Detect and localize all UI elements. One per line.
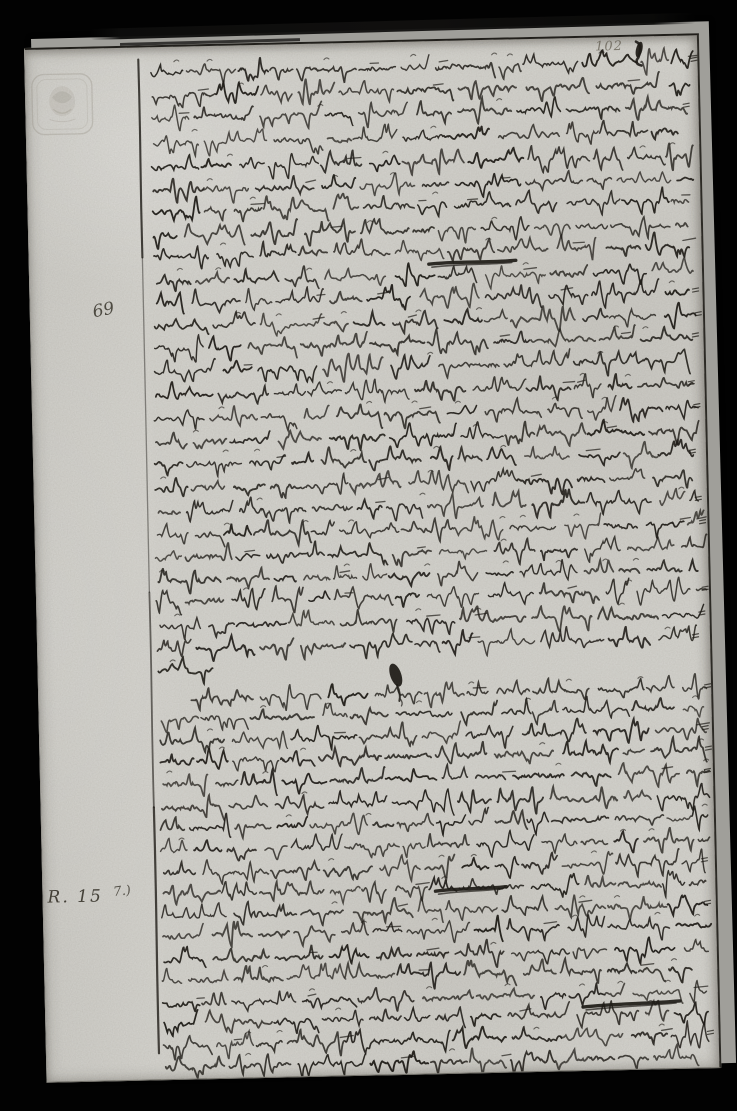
handwriting-stroke [683, 706, 704, 717]
stroke-crossbar [313, 317, 324, 319]
stroke-diacritic [618, 981, 623, 983]
stroke-diacritic [177, 268, 182, 270]
handwriting-stroke [568, 915, 605, 938]
handwriting-stroke [606, 246, 640, 257]
handwriting-stroke [151, 64, 183, 77]
handwriting-stroke [328, 683, 368, 705]
stroke-crossbar [503, 771, 516, 772]
handwriting-stroke [323, 353, 383, 383]
handwriting-stroke [217, 252, 254, 267]
handwriting-stroke [384, 411, 440, 429]
handwriting-stroke [614, 831, 638, 853]
handwriting-stroke [271, 861, 320, 881]
handwriting-stroke [674, 1002, 708, 1025]
stroke-diacritic [327, 382, 332, 384]
crease-stroke [149, 592, 154, 807]
handwriting-stroke [298, 79, 335, 105]
handwriting-stroke [277, 817, 307, 828]
handwriting-stroke [189, 813, 230, 838]
stroke-crossbar [427, 615, 440, 616]
stroke-diacritic [411, 54, 416, 56]
stroke-linebreak-hyphen [707, 1030, 713, 1034]
handwriting-stroke [340, 521, 399, 538]
stroke-crossbar [198, 89, 208, 90]
handwriting-stroke [353, 898, 413, 923]
stroke-diacritic [336, 1008, 341, 1010]
handwriting-stroke [251, 219, 298, 245]
handwriting-stroke [260, 101, 322, 129]
handwriting-stroke [397, 813, 433, 831]
handwriting-stroke [369, 446, 421, 471]
handwriting-stroke [334, 238, 390, 256]
handwriting-stroke [593, 264, 646, 285]
handwriting-stroke [462, 857, 489, 870]
handwriting-stroke [488, 582, 533, 605]
handwriting-stroke [431, 1059, 467, 1074]
stroke-diacritic [523, 263, 528, 265]
handwriting-stroke [319, 747, 382, 767]
stroke-crossbar [680, 517, 690, 519]
handwriting-stroke [439, 549, 486, 560]
handwriting-stroke [163, 924, 204, 940]
handwriting-stroke [301, 643, 346, 659]
handwriting-stroke [654, 1044, 699, 1067]
handwriting-stroke [499, 64, 521, 80]
handwriting-stroke [418, 897, 443, 923]
handwriting-stroke [637, 577, 690, 605]
handwriting-stroke [593, 147, 622, 170]
stroke-crossbar [433, 84, 443, 85]
handwriting-stroke [628, 147, 666, 166]
handwriting-stroke [236, 621, 286, 627]
stroke-diacritic [262, 965, 267, 967]
handwriting-stroke [224, 523, 252, 536]
handwriting-stroke [531, 329, 596, 347]
handwriting-stroke [248, 337, 297, 359]
handwriting-stroke [632, 1032, 668, 1045]
handwriting-stroke [154, 246, 209, 270]
handwriting-stroke [330, 434, 385, 451]
handwriting-stroke [270, 67, 293, 80]
handwriting-stroke [659, 625, 697, 641]
handwriting-stroke [608, 963, 637, 973]
stroke-diacritic [238, 83, 243, 85]
handwriting-stroke [260, 241, 296, 257]
handwriting-stroke [618, 762, 679, 788]
handwriting-stroke [350, 471, 401, 493]
handwriting-stroke [567, 191, 620, 216]
handwriting-stroke [690, 980, 707, 1002]
stroke-diacritic [216, 268, 221, 270]
handwriting-stroke [156, 432, 187, 449]
page-number: 102 [595, 39, 623, 55]
handwriting-stroke [234, 208, 262, 222]
handwriting-stroke [216, 1031, 253, 1059]
stroke-diacritic [309, 989, 314, 991]
stroke-diacritic [692, 696, 697, 698]
crease-stroke [153, 807, 159, 1053]
stroke-diacritic [619, 603, 624, 605]
stroke-diacritic [416, 609, 421, 611]
handwriting-stroke [560, 1027, 622, 1046]
handwriting-stroke [541, 993, 566, 1010]
handwriting-stroke [525, 446, 569, 460]
handwriting-stroke [657, 783, 710, 811]
handwriting-stroke [154, 359, 215, 383]
handwriting-stroke [255, 175, 313, 194]
stroke-crossbar [662, 1029, 673, 1031]
handwriting-stroke [676, 923, 711, 928]
handwriting-stroke [232, 991, 296, 1012]
handwriting-stroke [274, 137, 323, 155]
handwriting-stroke [203, 859, 269, 885]
handwriting-stroke [526, 78, 589, 102]
stroke-diacritic [469, 682, 474, 684]
handwriting-stroke [393, 310, 438, 333]
handwriting-stroke [608, 917, 670, 941]
handwriting-stroke [626, 96, 688, 120]
handwriting-stroke [585, 875, 616, 887]
handwriting-stroke [617, 171, 671, 184]
stroke-diacritic [307, 268, 312, 270]
handwriting-stroke [367, 284, 411, 310]
handwriting-stroke [420, 283, 479, 308]
handwriting-stroke [677, 177, 693, 180]
handwriting-stroke [494, 538, 535, 565]
stroke-diacritic [161, 477, 166, 479]
handwriting-stroke [301, 909, 344, 926]
handwriting-stroke [158, 511, 180, 515]
handwriting-stroke [234, 901, 297, 925]
stroke-diacritic [427, 987, 432, 989]
handwriting-stroke [156, 590, 182, 615]
stroke-diacritic [344, 564, 349, 566]
handwriting-stroke [690, 491, 699, 502]
handwriting-stroke [210, 405, 258, 426]
handwriting-stroke [163, 1035, 212, 1060]
stroke-diacritic [416, 310, 421, 312]
handwriting-stroke [639, 967, 665, 981]
stroke-diacritic [255, 449, 260, 451]
handwriting-stroke [615, 937, 675, 965]
scan-background: 69 R. 15 7.) 102 [0, 0, 737, 1111]
stroke-linebreak-hyphen [691, 57, 697, 61]
handwriting-stroke [522, 718, 586, 742]
handwriting-stroke [638, 377, 693, 389]
handwriting-stroke [330, 887, 360, 904]
handwriting-stroke [261, 85, 292, 103]
stroke-diacritic [671, 959, 676, 961]
stroke-diacritic [207, 59, 212, 61]
handwriting-stroke [645, 232, 689, 258]
handwriting-stroke [324, 866, 373, 880]
handwriting-stroke [298, 1054, 366, 1079]
handwriting-stroke [427, 328, 488, 356]
handwriting-stroke [478, 629, 535, 656]
handwriting-stroke [234, 268, 279, 283]
handwriting-stroke [665, 289, 689, 295]
stroke-diacritic [625, 374, 630, 376]
handwriting-stroke [304, 405, 329, 419]
handwriting-stroke [610, 469, 645, 481]
stroke-linebreak-hyphen [694, 404, 700, 408]
handwriting-stroke [196, 635, 255, 662]
handwriting-stroke [498, 124, 559, 139]
handwriting-stroke [301, 473, 348, 495]
handwriting-stroke [550, 265, 587, 277]
handwriting-stroke [163, 774, 208, 797]
stroke-diacritic [566, 679, 571, 681]
handwriting-stroke [566, 121, 598, 144]
handwriting-stroke [221, 881, 256, 900]
stroke-diacritic [649, 829, 654, 831]
handwriting-stroke [569, 983, 605, 1006]
handwriting-stroke [620, 397, 663, 422]
handwriting-stroke [201, 715, 248, 730]
handwriting-stroke [615, 815, 664, 826]
handwriting-stroke [471, 1014, 501, 1026]
stroke-diacritic [665, 627, 670, 629]
stroke-diacritic [665, 980, 670, 982]
stroke-diacritic [428, 352, 433, 354]
crease-stroke [138, 60, 143, 258]
handwriting-stroke [447, 405, 476, 414]
stroke-diacritic [614, 896, 619, 898]
handwriting-stroke [461, 421, 503, 439]
handwriting-stroke [345, 1029, 388, 1054]
stroke-crossbar [502, 1054, 511, 1055]
handwriting-stroke [625, 349, 690, 375]
handwriting-stroke [469, 1048, 506, 1076]
handwriting-stroke [325, 267, 386, 286]
handwriting-stroke [274, 384, 305, 396]
handwriting-stroke [464, 960, 517, 987]
handwriting-stroke [240, 157, 265, 168]
handwriting-stroke [495, 750, 554, 764]
stroke-diacritic [433, 192, 438, 194]
stroke-crossbar [586, 449, 600, 451]
stroke-diacritic [679, 487, 684, 489]
stroke-crossbar [427, 948, 439, 950]
handwriting-stroke [339, 80, 394, 103]
handwriting-stroke [285, 266, 319, 289]
handwriting-stroke [229, 795, 267, 809]
page-crease-line [137, 60, 160, 1054]
handwriting-stroke [517, 97, 561, 117]
stroke-crossbar [308, 994, 316, 996]
handwriting-stroke [533, 678, 589, 701]
stroke-crossbar [568, 586, 577, 588]
handwriting-stroke [505, 421, 535, 445]
handwriting-stroke [498, 237, 548, 252]
handwriting-stroke [608, 626, 650, 648]
stroke-diacritic [699, 739, 704, 741]
handwriting-stroke [298, 246, 327, 256]
handwriting-stroke [662, 604, 704, 619]
handwriting-stroke [154, 410, 204, 430]
crease-stroke [142, 257, 150, 592]
handwriting-stroke [427, 586, 479, 608]
handwriting-stroke [153, 135, 198, 157]
handwriting-stroke [292, 453, 314, 464]
handwriting-stroke [415, 380, 466, 402]
handwriting-stroke [397, 87, 453, 102]
handwriting-stroke [350, 708, 388, 725]
handwriting-stroke [563, 695, 630, 718]
handwriting-stroke [191, 481, 224, 491]
stroke-crossbar [524, 268, 537, 270]
handwriting-stroke [510, 525, 556, 532]
stroke-diacritic [425, 564, 430, 566]
stroke-crossbar [348, 157, 361, 158]
stroke-diacritic [520, 515, 525, 517]
stroke-diacritic [261, 706, 266, 708]
handwriting-stroke [157, 523, 188, 544]
margin-note-shelfmark: R. 15 [47, 886, 103, 907]
stroke-diacritic [491, 942, 496, 944]
stroke-linebreak-hyphen [695, 312, 701, 316]
handwriting-stroke [235, 824, 271, 839]
handwriting-stroke [437, 561, 477, 586]
stroke-crossbar [378, 292, 388, 294]
handwriting-stroke [160, 838, 187, 853]
handwriting-stroke [370, 336, 425, 355]
stroke-crossbar [502, 177, 510, 178]
stroke-diacritic [223, 450, 228, 452]
handwriting-stroke [574, 374, 601, 398]
handwriting-stroke [573, 947, 607, 958]
stroke-diacritic [170, 660, 175, 662]
stroke-diacritic [329, 859, 334, 861]
stroke-diacritic [574, 514, 579, 516]
handwriting-stroke [608, 374, 632, 389]
handwriting-stroke [435, 1007, 465, 1028]
handwriting-stroke [438, 227, 475, 244]
stroke-diacritic [655, 912, 660, 914]
handwriting-stroke [423, 990, 474, 1001]
stroke-crossbar [662, 767, 672, 769]
stroke-linebreak-hyphen [692, 288, 698, 292]
handwriting-stroke [305, 219, 356, 245]
handwriting-stroke [508, 1002, 570, 1019]
stroke-diacritic [455, 401, 460, 403]
handwriting-stroke [436, 64, 469, 71]
handwriting-stroke [485, 265, 545, 289]
handwriting-stroke [272, 585, 304, 612]
handwriting-stroke [162, 968, 182, 983]
handwriting-stroke [163, 884, 220, 905]
handwriting-stroke [539, 581, 599, 604]
stroke-diacritic [614, 326, 619, 328]
handwriting-stroke [460, 605, 526, 623]
handwriting-stroke [360, 218, 409, 234]
stroke-linebreak-hyphen [699, 520, 705, 524]
handwriting-stroke [442, 764, 468, 779]
handwriting-stroke [502, 895, 548, 915]
handwriting-stroke [212, 921, 252, 947]
handwriting-stroke [260, 638, 294, 660]
stroke-diacritic [367, 401, 372, 403]
handwriting-stroke [329, 944, 369, 963]
handwriting-stroke [387, 504, 423, 521]
handwriting-stroke [507, 918, 559, 942]
stroke-crossbar [408, 315, 416, 317]
handwriting-stroke [624, 790, 651, 800]
handwriting-stroke [535, 224, 571, 238]
handwriting-stroke [407, 618, 455, 636]
handwriting-stroke [431, 447, 453, 471]
handwriting-stroke [667, 816, 691, 821]
handwriting-stroke [583, 308, 608, 321]
handwriting-stroke [618, 881, 661, 888]
handwriting-stroke [321, 446, 366, 468]
stroke-diacritic [580, 896, 585, 898]
handwriting-stroke [466, 725, 513, 749]
handwriting-stroke [516, 190, 557, 214]
handwriting-stroke [497, 787, 543, 815]
handwriting-stroke [155, 551, 181, 562]
handwriting-stroke [541, 626, 604, 649]
handwriting-stroke [232, 731, 287, 749]
handwriting-stroke [628, 537, 674, 551]
handwriting-stroke [218, 386, 268, 405]
stroke-linebreak-hyphen [683, 103, 689, 107]
handwriting-stroke [205, 1009, 272, 1033]
stroke-diacritic [503, 561, 508, 563]
stroke-diacritic [167, 771, 172, 773]
handwriting-stroke [282, 773, 327, 794]
handwriting-stroke [152, 92, 215, 108]
handwriting-stroke [185, 598, 223, 604]
handwriting-stroke [353, 124, 397, 142]
handwriting-stroke [389, 572, 430, 586]
stroke-crossbar [579, 900, 592, 902]
stroke-diacritic [324, 58, 329, 60]
handwriting-stroke [560, 958, 601, 984]
handwriting-stroke [203, 185, 249, 203]
handwriting-stroke [453, 516, 503, 541]
handwriting-stroke [495, 857, 519, 879]
handwriting-stroke [476, 988, 534, 1000]
stroke-diacritic [534, 1027, 539, 1029]
handwriting-stroke [389, 422, 456, 447]
handwriting-stroke [646, 676, 674, 692]
handwriting-stroke [401, 55, 429, 71]
handwriting-stroke [606, 578, 629, 604]
handwriting-stroke [160, 754, 194, 766]
handwriting-stroke [573, 351, 624, 376]
stroke-diacritic [695, 914, 700, 916]
handwriting-stroke [404, 1007, 430, 1021]
strikethrough-corrections [422, 257, 680, 1013]
handwriting-stroke [395, 593, 419, 607]
handwriting-stroke [154, 318, 208, 335]
handwriting-stroke [152, 105, 189, 131]
handwriting-block-2 [156, 673, 719, 1081]
handwriting-stroke [353, 311, 384, 326]
stroke-crossbar [416, 883, 429, 885]
handwriting-stroke [377, 947, 412, 958]
handwriting-stroke [598, 607, 658, 621]
handwriting-stroke [512, 1026, 562, 1042]
handwriting-stroke [646, 521, 684, 538]
stroke-crossbar [683, 238, 696, 240]
handwriting-stroke [510, 305, 575, 332]
handwriting-stroke [204, 129, 267, 156]
handwriting-stroke [363, 195, 414, 209]
stroke-diacritic [302, 792, 307, 794]
handwriting-stroke [359, 67, 395, 72]
